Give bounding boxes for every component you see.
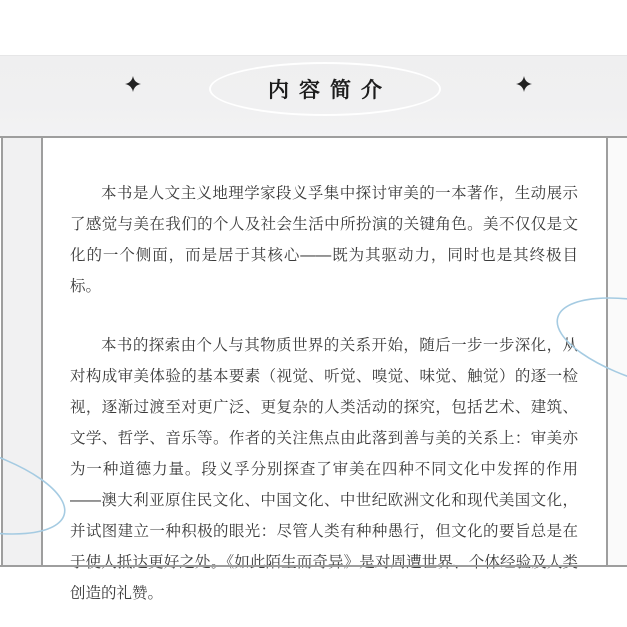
- section-header: 内容简介: [0, 55, 627, 137]
- description-panel: 本书是人文主义地理学家段义孚集中探讨审美的一本著作，生动展示了感觉与美在我们的个…: [41, 136, 608, 567]
- sparkle-icon-left: [125, 74, 141, 94]
- paragraph-1: 本书是人文主义地理学家段义孚集中探讨审美的一本著作，生动展示了感觉与美在我们的个…: [70, 178, 578, 302]
- description-text-block: 本书是人文主义地理学家段义孚集中探讨审美的一本著作，生动展示了感觉与美在我们的个…: [70, 178, 578, 609]
- title-ellipse: 内容简介: [209, 62, 441, 116]
- divider-bottom: [0, 565, 627, 567]
- book-description-page: 内容简介 本书是人文主义地理学家段义孚集中探讨审美的一本著作，生动展示了感觉与美…: [0, 0, 627, 627]
- right-margin-strip: [608, 138, 627, 565]
- paragraph-2: 本书的探索由个人与其物质世界的关系开始，随后一步一步深化，从对构成审美体验的基本…: [70, 330, 578, 609]
- sparkle-icon-right: [516, 74, 532, 94]
- left-margin-strip: [3, 138, 41, 565]
- section-title: 内容简介: [258, 74, 392, 104]
